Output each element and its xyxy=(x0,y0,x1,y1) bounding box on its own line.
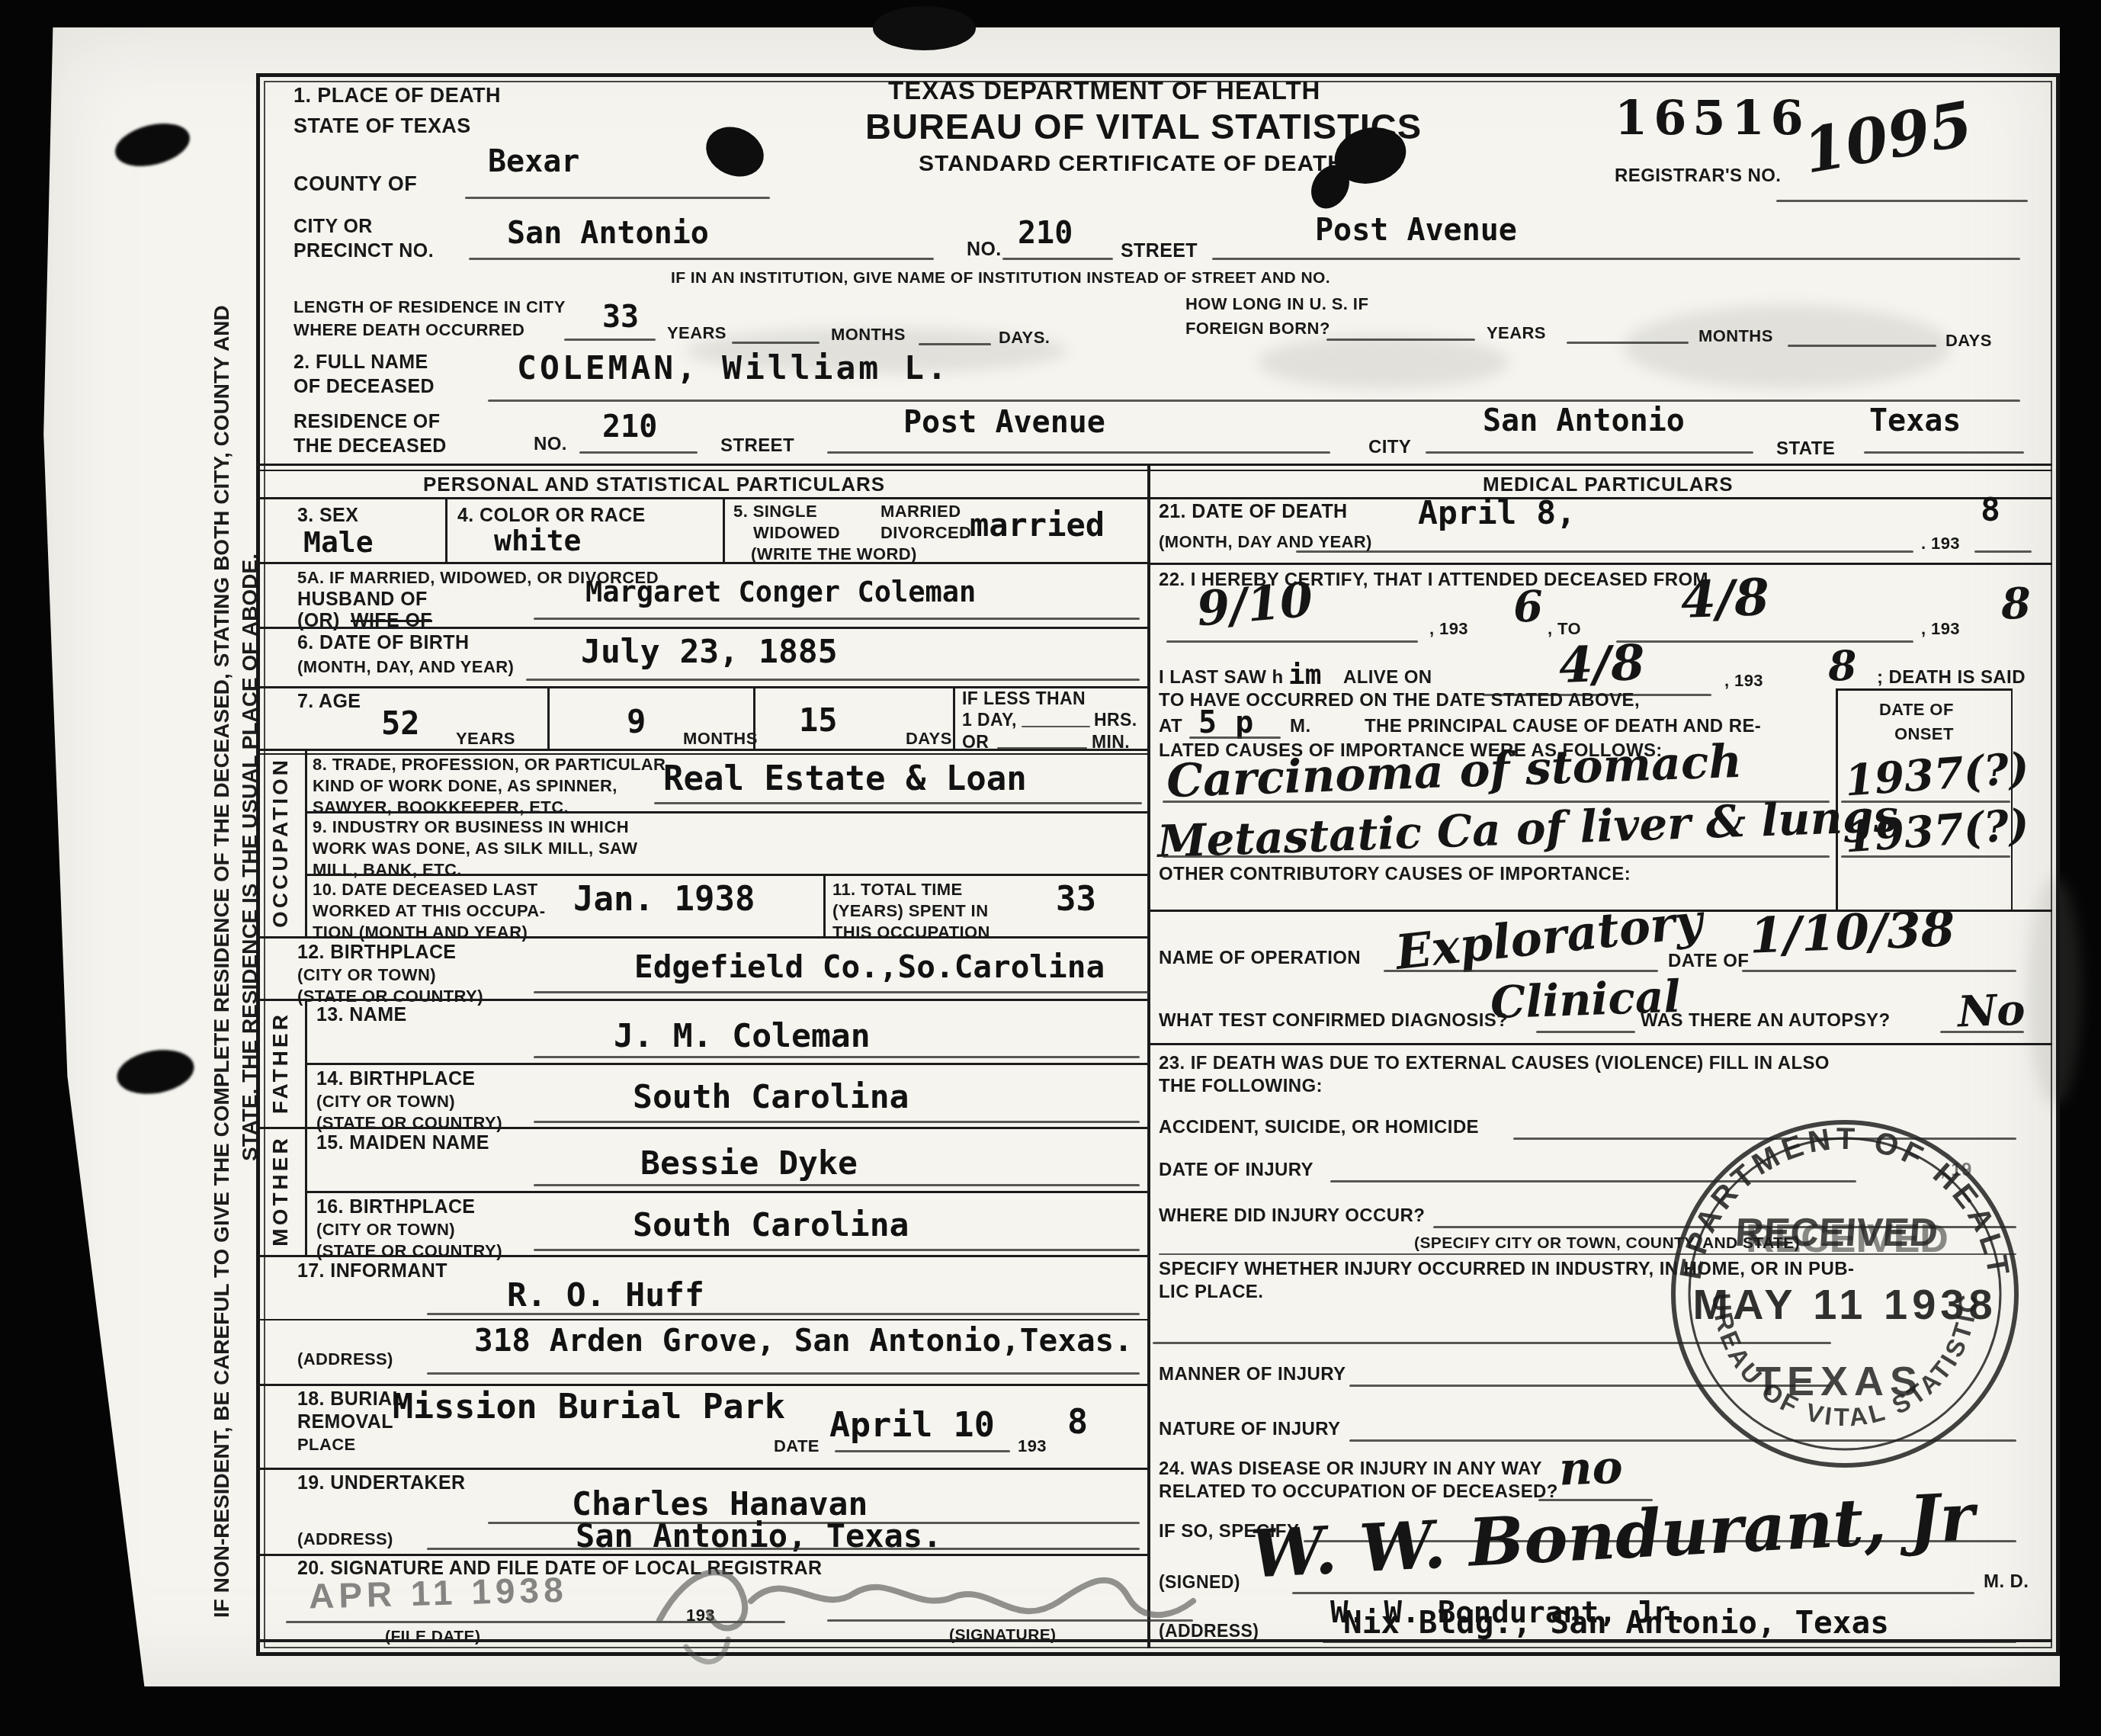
stamp-texas-text: TEXAS xyxy=(1756,1359,1923,1404)
registrar-signature-squiggle xyxy=(0,0,2101,1736)
line xyxy=(256,1639,2052,1642)
death-certificate-scan: IF NON-RESIDENT, BE CAREFUL TO GIVE THE … xyxy=(0,0,2101,1736)
stamp-received-ghost: RECEIVED xyxy=(1746,1217,1949,1261)
stamp-date-text: MAY 11 1938 xyxy=(1692,1280,1997,1328)
received-stamp: DEPARTMENT OF HEALTH BUREAU OF VITAL STA… xyxy=(1666,1115,2024,1473)
